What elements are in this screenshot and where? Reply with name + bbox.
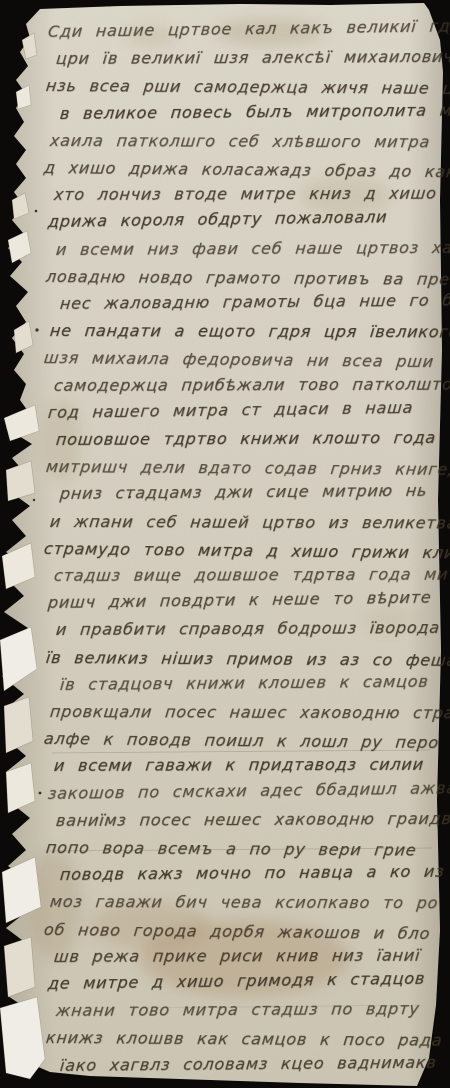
ink-speck xyxy=(129,496,131,498)
stain xyxy=(215,19,325,45)
ink-speck xyxy=(35,210,38,213)
ink-speck xyxy=(35,328,38,331)
ink-speck xyxy=(39,792,42,795)
ink-speck xyxy=(33,499,35,501)
stain xyxy=(126,26,178,46)
manuscript-page-graphic xyxy=(0,0,450,1088)
stain xyxy=(364,608,416,632)
stain xyxy=(299,176,391,216)
manuscript-photo: Сди нашие цртвое кал какъ великиї гдрьцр… xyxy=(0,0,450,1088)
torn-edge-fragment xyxy=(4,937,35,997)
stain xyxy=(90,901,210,949)
stain xyxy=(44,398,80,482)
torn-edge-fragment xyxy=(0,997,45,1079)
